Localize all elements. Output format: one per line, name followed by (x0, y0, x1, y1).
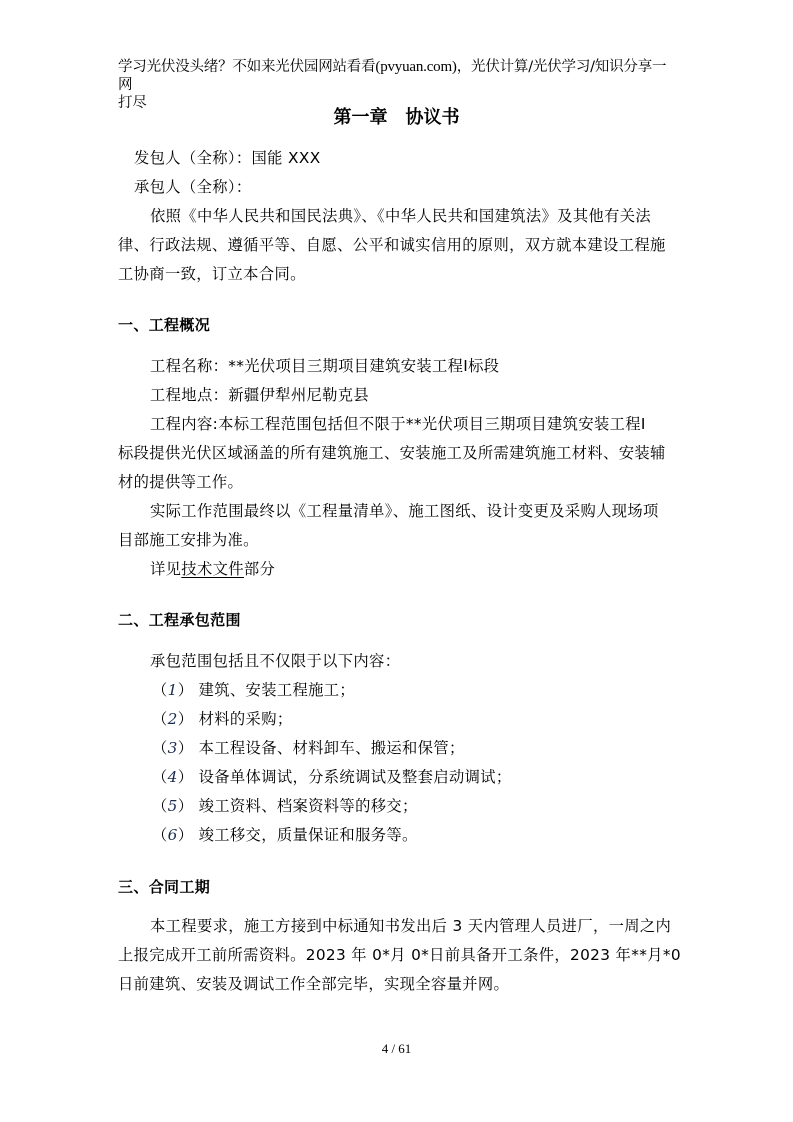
project-name: 工程名称：**光伏项目三期项目建筑安装工程Ⅰ标段 (118, 352, 676, 381)
employer-line: 发包人（全称）：国能 XXX (118, 144, 676, 173)
section-heading: 一、工程概况 (118, 311, 676, 340)
promo-banner: 学习光伏没头绪？不如来光伏园网站看看(pvyuan.com)，光伏计算/光伏学习… (118, 58, 680, 112)
employer-value: 国能 XXX (252, 149, 321, 167)
scope-list-item: （1） 建筑、安装工程施工； (118, 676, 676, 705)
scope-item-number: 1 (168, 681, 178, 699)
section-heading: 二、工程承包范围 (118, 606, 676, 635)
scope-item-text: 建筑、安装工程施工； (199, 681, 355, 699)
see-prefix: 详见 (150, 560, 181, 578)
contract-scope-body: 承包范围包括且不仅限于以下内容： （1） 建筑、安装工程施工； （2） 材料的采… (118, 647, 676, 850)
scope-item-text: 材料的采购； (199, 710, 293, 728)
see-technical-docs-line: 详见技术文件部分 (118, 555, 676, 584)
contract-period-line: 本工程要求，施工方接到中标通知书发出后 3 天内管理人员进厂，一周之内 (118, 912, 676, 941)
project-content-line: 材的提供等工作。 (118, 468, 676, 497)
promo-url: (pvyuan.com) (375, 59, 456, 75)
preamble-line: 依照《中华人民共和国民法典》、《中华人民共和国建筑法》及其他有关法 (118, 202, 676, 231)
contractor-line: 承包人（全称）： (118, 173, 676, 202)
scope-note-line: 实际工作范围最终以《工程量清单》、施工图纸、设计变更及采购人现场项 (118, 497, 676, 526)
scope-list-item: （3） 本工程设备、材料卸车、搬运和保管； (118, 734, 676, 763)
see-suffix: 部分 (244, 560, 275, 578)
preamble-line: 工协商一致，订立本合同。 (118, 260, 676, 289)
scope-note-line: 目部施工安排为准。 (118, 526, 676, 555)
promo-banner-line-1: 学习光伏没头绪？不如来光伏园网站看看(pvyuan.com)，光伏计算/光伏学习… (118, 58, 680, 94)
contract-period-line: 上报完成开工前所需资料。2023 年 0*月 0*日前具备开工条件，2023 年… (118, 941, 676, 970)
document-page: 学习光伏没头绪？不如来光伏园网站看看(pvyuan.com)，光伏计算/光伏学习… (0, 0, 793, 1122)
preamble-line: 律、行政法规、遵循平等、自愿、公平和诚实信用的原则，双方就本建设工程施 (118, 231, 676, 260)
section-project-overview: 一、工程概况 (118, 311, 676, 340)
project-overview-body: 工程名称：**光伏项目三期项目建筑安装工程Ⅰ标段 工程地点：新疆伊犁州尼勒克县 … (118, 352, 676, 584)
technical-docs-link[interactable]: 技术文件 (181, 560, 244, 578)
contract-period-body: 本工程要求，施工方接到中标通知书发出后 3 天内管理人员进厂，一周之内 上报完成… (118, 912, 676, 999)
scope-item-text: 设备单体调试，分系统调试及整套启动调试； (199, 768, 512, 786)
employer-label: 发包人（全称）： (134, 149, 252, 167)
scope-item-number: 5 (168, 797, 178, 815)
chapter-number: 第一章 (334, 107, 388, 128)
section-contract-scope: 二、工程承包范围 (118, 606, 676, 635)
scope-item-number: 4 (168, 768, 178, 786)
parties-block: 发包人（全称）：国能 XXX 承包人（全称）： 依照《中华人民共和国民法典》、《… (118, 144, 676, 289)
scope-list-item: （6） 竣工移交，质量保证和服务等。 (118, 821, 676, 850)
chapter-title: 第一章协议书 (0, 106, 793, 130)
section-heading: 三、合同工期 (118, 873, 676, 902)
project-content-line: 工程内容:本标工程范围包括但不限于**光伏项目三期项目建筑安装工程Ⅰ (118, 410, 676, 439)
scope-item-number: 3 (168, 739, 178, 757)
scope-list-item: （5） 竣工资料、档案资料等的移交； (118, 792, 676, 821)
scope-item-number: 6 (168, 826, 178, 844)
project-location: 工程地点：新疆伊犁州尼勒克县 (118, 381, 676, 410)
contractor-label: 承包人（全称）： (134, 178, 252, 196)
chapter-name: 协议书 (406, 107, 460, 128)
scope-item-number: 2 (168, 710, 178, 728)
page-number: 4 / 61 (0, 1041, 793, 1057)
scope-list-item: （4） 设备单体调试，分系统调试及整套启动调试； (118, 763, 676, 792)
project-content-line: 标段提供光伏区域涵盖的所有建筑施工、安装施工及所需建筑施工材料、安装辅 (118, 439, 676, 468)
contract-period-line: 日前建筑、安装及调试工作全部完毕，实现全容量并网。 (118, 970, 676, 999)
scope-list-item: （2） 材料的采购； (118, 705, 676, 734)
scope-item-text: 竣工移交，质量保证和服务等。 (199, 826, 418, 844)
scope-item-text: 本工程设备、材料卸车、搬运和保管； (199, 739, 465, 757)
scope-item-text: 竣工资料、档案资料等的移交； (199, 797, 418, 815)
promo-text: 学习光伏没头绪？不如来光伏园网站看看 (118, 59, 375, 75)
scope-intro: 承包范围包括且不仅限于以下内容： (118, 647, 676, 676)
section-contract-period: 三、合同工期 (118, 873, 676, 902)
